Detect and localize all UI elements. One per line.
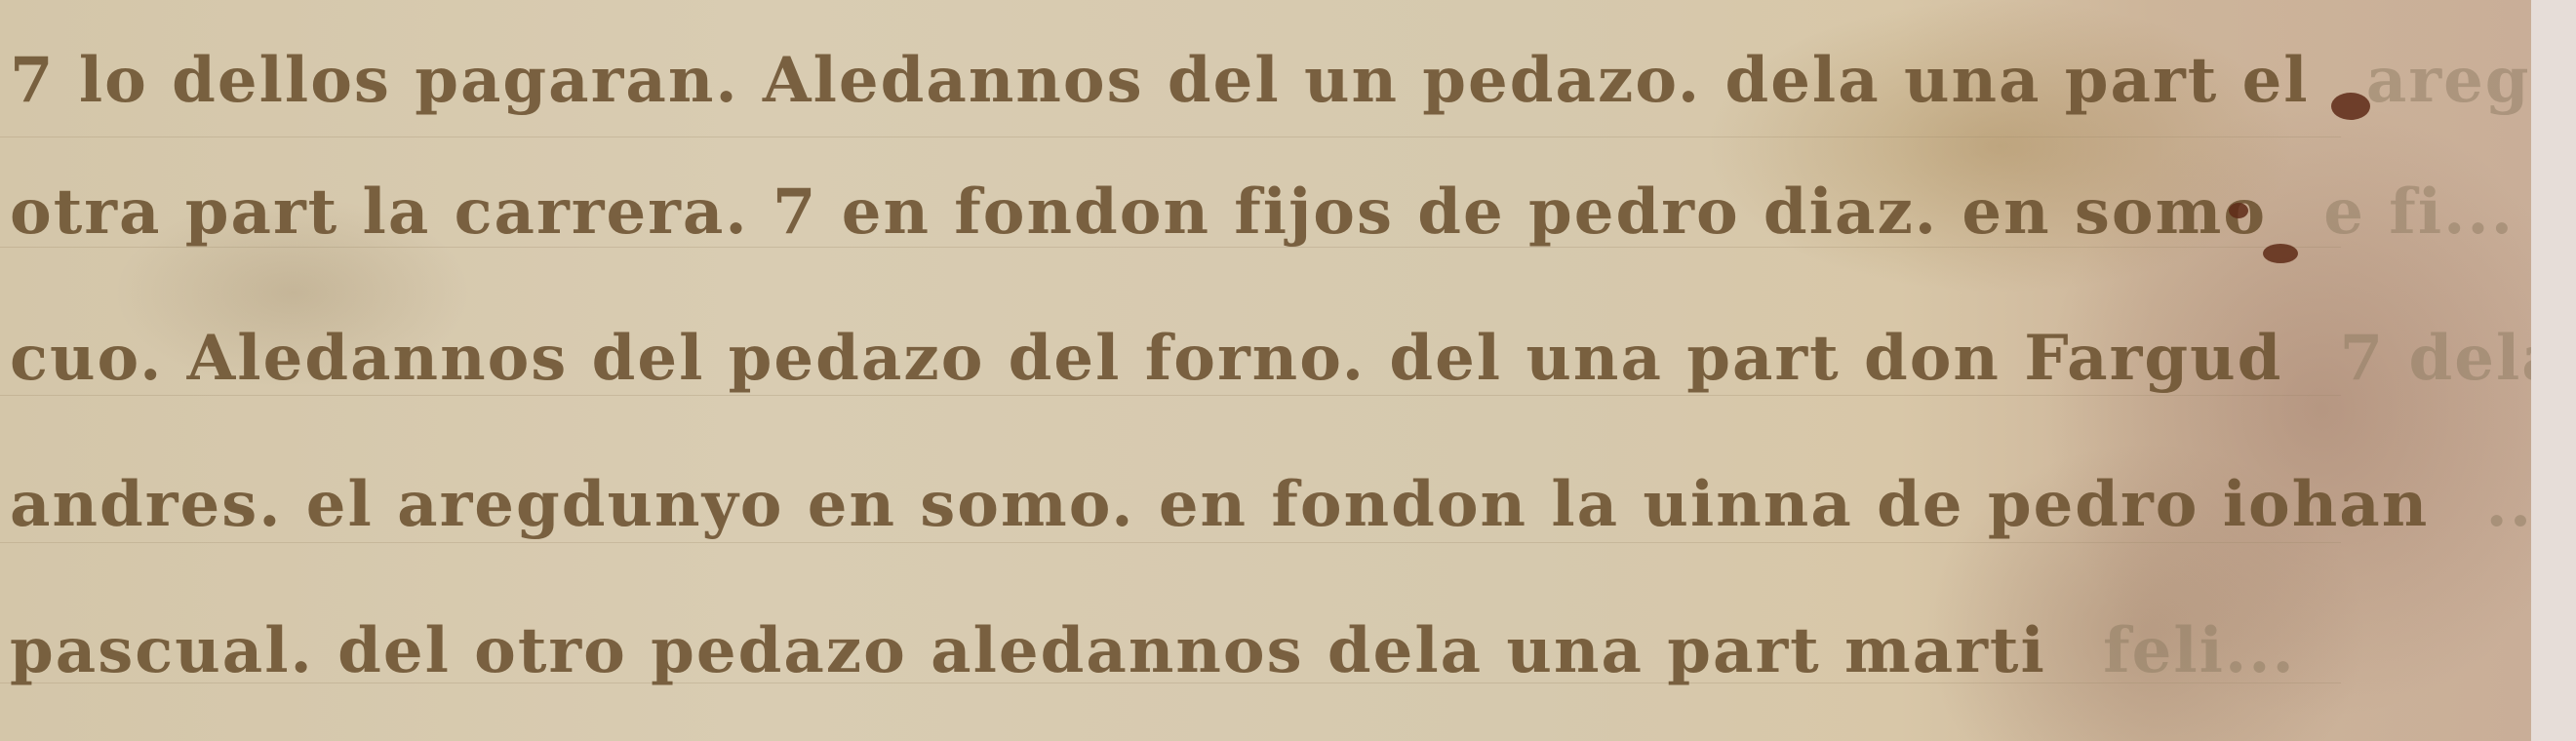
manuscript-line-4: andres. el aregdunyo en somo. en fondon … (10, 468, 2576, 541)
ink-blot (2263, 244, 2298, 263)
manuscript-line-1: 7 lo dellos pagaran. Aledannos del un pe… (10, 44, 2576, 117)
manuscript-parchment: 7 lo dellos pagaran. Aledannos del un pe… (0, 0, 2531, 741)
ink-blot (2229, 203, 2248, 218)
ruling-line (0, 395, 2341, 396)
ruling-line (0, 542, 2341, 543)
ruling-line (0, 136, 2341, 137)
background-edge (2531, 0, 2576, 741)
manuscript-line-3: cuo. Aledannos del pedazo del forno. del… (10, 322, 2576, 395)
manuscript-line-2: otra part la carrera. 7 en fondon fijos … (10, 175, 2576, 249)
line-5-legible: pascual. del otro pedazo aledannos dela … (10, 614, 2046, 687)
line-4-legible: andres. el aregdunyo en somo. en fondon … (10, 468, 2429, 541)
line-1-legible: 7 lo dellos pagaran. Aledannos del un pe… (10, 44, 2310, 117)
line-2-legible: otra part la carrera. 7 en fondon fijos … (10, 175, 2267, 249)
manuscript-line-5: pascual. del otro pedazo aledannos dela … (10, 614, 2329, 687)
line-3-legible: cuo. Aledannos del pedazo del forno. del… (10, 322, 2282, 395)
line-5-damaged: feli... (2103, 614, 2296, 687)
ink-blot (2331, 93, 2370, 120)
